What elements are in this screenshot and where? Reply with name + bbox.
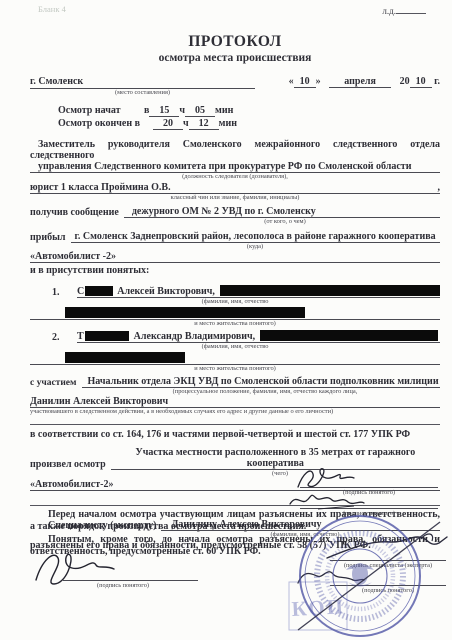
time-start-label: Осмотр начат — [58, 105, 144, 116]
bottom-witness-signature-line — [63, 580, 198, 581]
witness-1-number: 1. — [30, 287, 77, 298]
message-hint: (от кого, о чем) — [30, 218, 440, 227]
witness-2-address-line — [30, 352, 440, 365]
expert-signature-line — [330, 560, 446, 561]
witness-row-1: 1. С Алексей Викторович, — [30, 285, 440, 298]
witness-signature-line-2 — [300, 508, 438, 509]
redaction-bar — [85, 331, 129, 341]
place-value: г. Смоленск — [30, 76, 255, 89]
witness-2-name-initial: Т — [77, 331, 84, 342]
expert-label: Специалисту (эксперту) — [30, 520, 156, 531]
date-close-quote: » — [316, 76, 321, 87]
message-value: дежурного ОМ № 2 УВД по г. Смоленску — [124, 206, 440, 218]
arrived-hint: (куда) — [30, 243, 440, 252]
redaction-bar — [65, 352, 185, 363]
officer-rank-hint: классный чин или звание, фамилия, инициа… — [30, 194, 440, 203]
witness-signature-hint-1: (подпись понятого) — [300, 489, 438, 496]
participant-row: с участием Начальник отдела ЭКЦ УВД по С… — [30, 376, 440, 388]
section-divider-line — [30, 505, 440, 506]
document-title: ПРОТОКОЛ — [30, 33, 440, 51]
date-century: 20 — [400, 76, 410, 87]
officer-position-line1: Заместитель руководителя Смоленского меж… — [30, 139, 440, 161]
inspected-value: Участка местности расположенного в 35 ме… — [111, 447, 440, 470]
redaction-bar — [220, 285, 440, 296]
participant-hint2: участвовавшего в следственном действии, … — [30, 408, 440, 417]
place-field: г. Смоленск (место составления) — [30, 76, 255, 98]
witness-signature-line-1 — [300, 487, 438, 488]
date-month: апреля — [329, 76, 391, 88]
witnesses-intro: и в присутствии понятых: — [30, 265, 440, 276]
witness-2-hint1: (фамилия, имя, отчество — [30, 343, 440, 352]
case-sheet-label: л.д. — [382, 6, 396, 16]
witness-2-name: Александр Владимирович, — [134, 331, 256, 342]
officer-position-hint: (должность следователя (дознавателя), — [30, 173, 440, 182]
date-day: 10 — [294, 76, 316, 88]
message-label: получив сообщение — [30, 207, 119, 218]
officer-line-tail-comma: , — [438, 182, 441, 193]
witness-1-address-line — [30, 307, 440, 320]
bottom-witness-signature-hint: (подпись понятого) — [63, 582, 183, 589]
bottom-right-witness-signature-hint: (подпись понятого) — [330, 587, 446, 594]
witness-1-name-initial: С — [77, 286, 84, 297]
form-blank-label: Бланк 4 — [38, 4, 66, 14]
legal-basis-line: в соответствии со ст. 164, 176 и частями… — [30, 424, 440, 440]
case-sheet-field: л.д. — [382, 4, 426, 16]
date-year-suffix: г. — [434, 76, 440, 87]
witness-1-name: Алексей Викторович, — [117, 286, 215, 297]
time-end-hour: 20 — [153, 118, 183, 130]
witness-signature-hint-2: (подпись понятого) — [300, 510, 438, 517]
case-sheet-blank-line — [396, 4, 426, 14]
witness-1-hint2: и место жительства понятого) — [30, 320, 440, 329]
date-field: «10» апреля 2010 г. — [289, 76, 440, 88]
redaction-bar — [85, 286, 113, 296]
arrived-row: прибыл г. Смоленск Заднепровский район, … — [30, 231, 440, 243]
arrived-value2: «Автомобилист -2» — [30, 251, 440, 263]
witness-row-2: 2. Т Александр Владимирович, — [30, 330, 440, 343]
officer-position-line2: управления Следственного комитета при пр… — [30, 161, 440, 173]
time-end-label: Осмотр окончен в — [58, 118, 153, 129]
inspection-times: Осмотр начат в 15 ч 05 мин Осмотр оконче… — [58, 105, 440, 130]
time-start-hour: 15 — [149, 105, 179, 117]
message-row: получив сообщение дежурного ОМ № 2 УВД п… — [30, 206, 440, 218]
participant-value2: Данилин Алексей Викторович — [30, 396, 440, 408]
witness-2-number: 2. — [30, 332, 77, 343]
time-start-min: 05 — [185, 105, 215, 117]
redaction-bar — [65, 307, 305, 318]
place-hint: (место составления) — [30, 89, 255, 98]
min-unit2: мин — [219, 118, 237, 129]
officer-block: Заместитель руководителя Смоленского меж… — [30, 139, 440, 203]
participant-value: Начальник отдела ЭКЦ УВД по Смоленской о… — [82, 376, 441, 388]
rect-stamp-text: КОП — [291, 594, 346, 621]
expert-signature-hint: (подпись специалиста (эксперта) — [326, 562, 450, 569]
witness-2-hint2: и место жительства понятого) — [30, 365, 440, 374]
time-end-min: 12 — [189, 118, 219, 130]
expert-row: Специалисту (эксперту) Данилину Алексею … — [30, 519, 440, 531]
inspected-row: произвел осмотр Участка местности распол… — [30, 447, 440, 470]
document-subtitle: осмотра места происшествия — [30, 52, 440, 64]
expert-hint: (фамилия, имя, отчество) — [30, 531, 440, 540]
bottom-right-witness-signature-line — [330, 585, 446, 586]
expert-rights-line: разъяснены его права и обязанности, пред… — [30, 540, 440, 551]
arrived-label: прибыл — [30, 232, 66, 243]
redaction-bar — [260, 330, 438, 341]
arrived-value: г. Смоленск Заднепровский район, лесопол… — [71, 231, 440, 243]
participant-label: с участием — [30, 378, 77, 388]
inspected-hint: (чего) — [30, 470, 440, 479]
witness-1-hint1: (фамилия, имя, отчество — [30, 298, 440, 307]
inspected-label: произвел осмотр — [30, 459, 106, 470]
officer-rank-name: юрист 1 класса Проймина О.В. — [30, 182, 171, 193]
participant-hint1: (процессуальное положение, фамилия, имя,… — [30, 388, 440, 397]
min-unit: мин — [215, 105, 233, 116]
date-year: 10 — [410, 76, 432, 88]
expert-name: Данилину Алексею Викторовичу — [161, 519, 440, 531]
protocol-scan-page: Бланк 4 л.д. ПРОТОКОЛ осмотра места прои… — [0, 0, 452, 640]
